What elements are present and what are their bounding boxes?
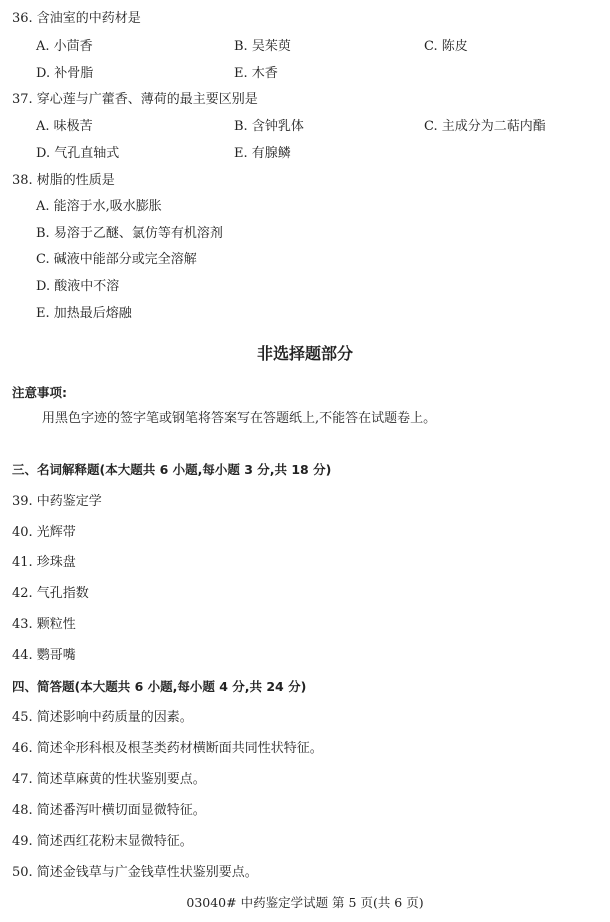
option-36-e: E. 木香 [234,66,278,82]
option-38-a: A. 能溶于水,吸水膨胀 [36,199,162,215]
term-item-39: 39. 中药鉴定学 [12,494,102,510]
question-37: 37. 穿心莲与广藿香、薄荷的最主要区别是 [12,92,258,108]
option-37-e: E. 有腺鳞 [234,146,291,162]
option-36-b: B. 吴茱萸 [234,39,291,55]
short-answer-46: 46. 简述伞形科根及根茎类药材横断面共同性状特征。 [12,741,323,757]
short-answer-49: 49. 简述西红花粉末显微特征。 [12,834,193,850]
option-37-c: C. 主成分为二萜内酯 [424,119,546,135]
section4-heading: 四、简答题(本大题共 6 小题,每小题 4 分,共 24 分) [12,679,306,695]
term-item-41: 41. 珍珠盘 [12,555,76,571]
short-answer-48: 48. 简述番泻叶横切面显微特征。 [12,803,206,819]
question-38: 38. 树脂的性质是 [12,173,115,189]
option-38-c: C. 碱液中能部分或完全溶解 [36,252,197,268]
short-answer-50: 50. 简述金钱草与广金钱草性状鉴别要点。 [12,865,258,881]
notice-text: 用黑色字迹的签字笔或钢笔将答案写在答题纸上,不能答在试题卷上。 [42,411,436,427]
term-item-40: 40. 光辉带 [12,525,76,541]
option-36-c: C. 陈皮 [424,39,468,55]
short-answer-47: 47. 简述草麻黄的性状鉴别要点。 [12,772,206,788]
term-item-44: 44. 鹦哥嘴 [12,648,76,664]
term-item-42: 42. 气孔指数 [12,586,89,602]
option-36-d: D. 补骨脂 [36,66,93,82]
option-37-d: D. 气孔直轴式 [36,146,119,162]
page-footer: 03040# 中药鉴定学试题 第 5 页(共 6 页) [0,895,610,911]
question-36: 36. 含油室的中药材是 [12,11,141,27]
option-37-a: A. 味极苦 [36,119,93,135]
section3-heading: 三、名词解释题(本大题共 6 小题,每小题 3 分,共 18 分) [12,462,331,478]
term-item-43: 43. 颗粒性 [12,617,76,633]
option-36-a: A. 小茴香 [36,39,93,55]
option-38-d: D. 酸液中不溶 [36,279,119,295]
option-37-b: B. 含钟乳体 [234,119,304,135]
option-38-e: E. 加热最后熔融 [36,306,132,322]
short-answer-45: 45. 简述影响中药质量的因素。 [12,710,193,726]
option-38-b: B. 易溶于乙醚、氯仿等有机溶剂 [36,226,223,242]
section-title-non-choice: 非选择题部分 [0,344,610,364]
notice-label: 注意事项: [12,385,67,401]
